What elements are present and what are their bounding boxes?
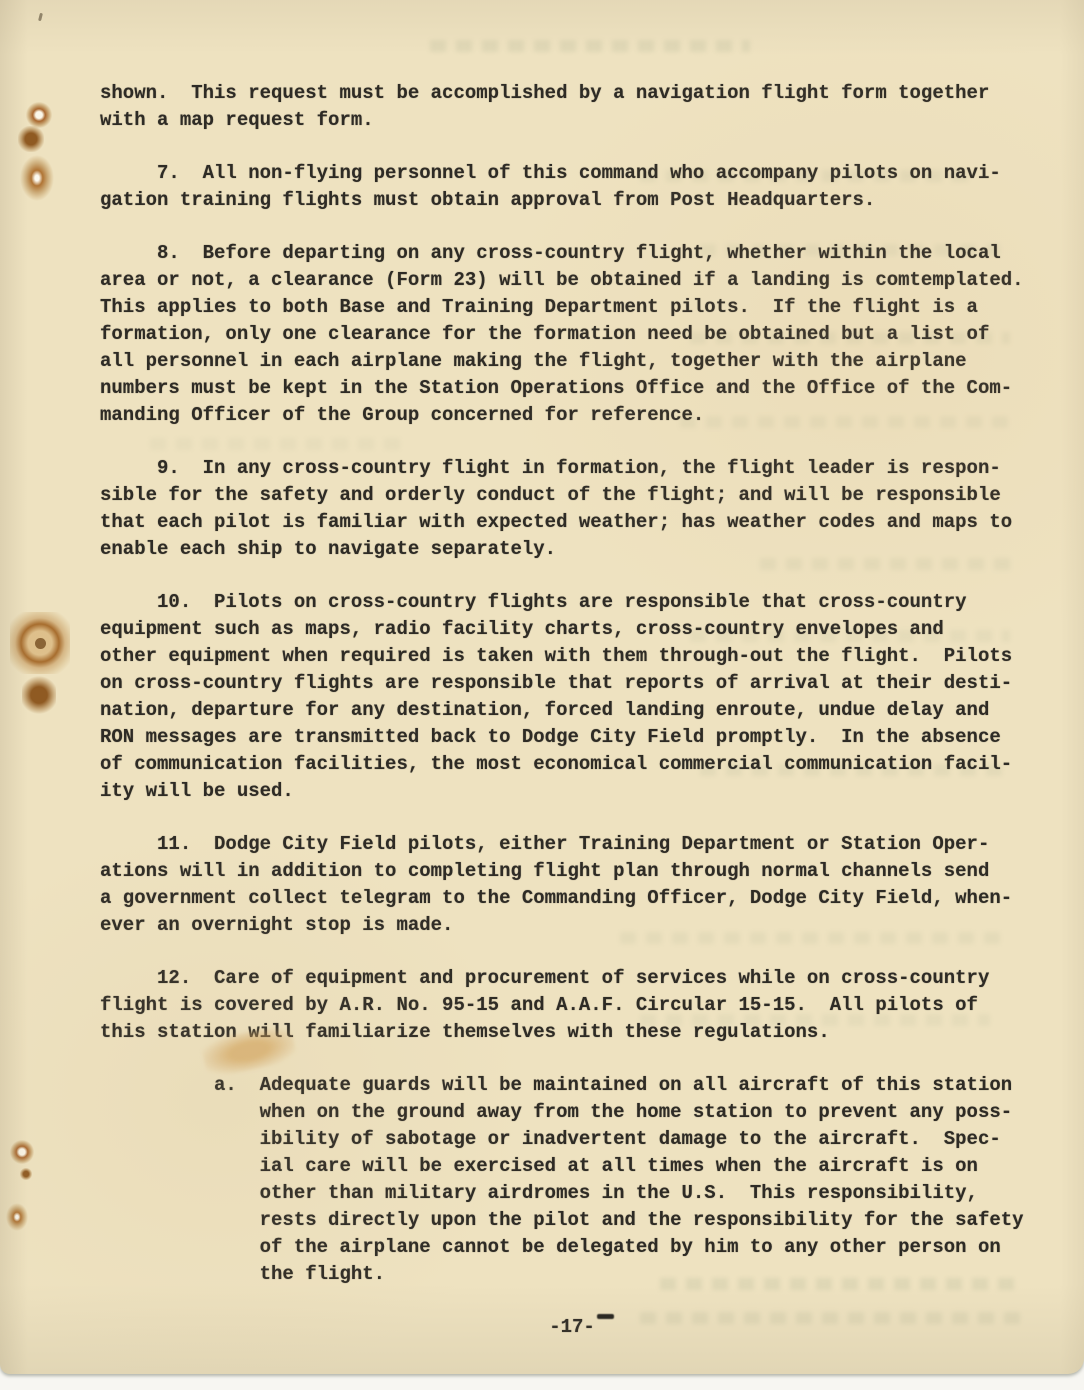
text-line: 7. All non-flying personnel of this comm… [100, 160, 1044, 187]
text-line: area or not, a clearance (Form 23) will … [100, 267, 1044, 294]
page-number: -17- [100, 1314, 1044, 1341]
text-line: equipment such as maps, radio facility c… [100, 616, 1044, 643]
paragraph-item-8: 8. Before departing on any cross-country… [100, 240, 1044, 429]
text-line: 9. In any cross-country flight in format… [100, 455, 1044, 482]
text-line: 10. Pilots on cross-country flights are … [100, 589, 1044, 616]
text-line: 11. Dodge City Field pilots, either Trai… [100, 831, 1044, 858]
text-line: a. Adequate guards will be maintained on… [100, 1072, 1044, 1099]
text-line: numbers must be kept in the Station Oper… [100, 375, 1044, 402]
text-line: ibility of sabotage or inadvertent damag… [100, 1126, 1044, 1153]
text-line: enable each ship to navigate separately. [100, 536, 1044, 563]
text-line: ial care will be exercised at all times … [100, 1153, 1044, 1180]
text-line: gation training flights must obtain appr… [100, 187, 1044, 214]
text-line: formation, only one clearance for the fo… [100, 321, 1044, 348]
text-line: RON messages are transmitted back to Dod… [100, 724, 1044, 751]
paper-sheet: shown. This request must be accomplished… [0, 0, 1084, 1374]
text-line: this station will familiarize themselves… [100, 1019, 1044, 1046]
text-line: other than military airdromes in the U.S… [100, 1180, 1044, 1207]
text-line: ever an overnight stop is made. [100, 912, 1044, 939]
text-line: rests directly upon the pilot and the re… [100, 1207, 1044, 1234]
scanned-document: shown. This request must be accomplished… [0, 0, 1084, 1390]
text-line: with a map request form. [100, 107, 1044, 134]
paragraph-item-10: 10. Pilots on cross-country flights are … [100, 589, 1044, 805]
text-line: on cross-country flights are responsible… [100, 670, 1044, 697]
text-line: a government collect telegram to the Com… [100, 885, 1044, 912]
text-line: 12. Care of equipment and procurement of… [100, 965, 1044, 992]
paragraph-item-7: 7. All non-flying personnel of this comm… [100, 160, 1044, 214]
text-line: sible for the safety and orderly conduct… [100, 482, 1044, 509]
text-line: ity will be used. [100, 778, 1044, 805]
paragraph-item-12: 12. Care of equipment and procurement of… [100, 965, 1044, 1046]
paragraph-continuation: shown. This request must be accomplished… [100, 80, 1044, 134]
text-line: ations will in addition to completing fl… [100, 858, 1044, 885]
text-line: nation, departure for any destination, f… [100, 697, 1044, 724]
typewritten-text: shown. This request must be accomplished… [0, 0, 1084, 1374]
paragraphs: shown. This request must be accomplished… [100, 80, 1044, 1288]
paragraph-item-9: 9. In any cross-country flight in format… [100, 455, 1044, 563]
text-line: This applies to both Base and Training D… [100, 294, 1044, 321]
text-line: flight is covered by A.R. No. 95-15 and … [100, 992, 1044, 1019]
text-line: that each pilot is familiar with expecte… [100, 509, 1044, 536]
paragraph-item-11: 11. Dodge City Field pilots, either Trai… [100, 831, 1044, 939]
text-line: shown. This request must be accomplished… [100, 80, 1044, 107]
text-line: of communication facilities, the most ec… [100, 751, 1044, 778]
text-line: of the airplane cannot be delegated by h… [100, 1234, 1044, 1261]
paragraph-sub-item-a: a. Adequate guards will be maintained on… [100, 1072, 1044, 1288]
text-line: 8. Before departing on any cross-country… [100, 240, 1044, 267]
text-line: the flight. [100, 1261, 1044, 1288]
text-line: manding Officer of the Group concerned f… [100, 402, 1044, 429]
text-line: all personnel in each airplane making th… [100, 348, 1044, 375]
text-line: other equipment when required is taken w… [100, 643, 1044, 670]
text-line: when on the ground away from the home st… [100, 1099, 1044, 1126]
